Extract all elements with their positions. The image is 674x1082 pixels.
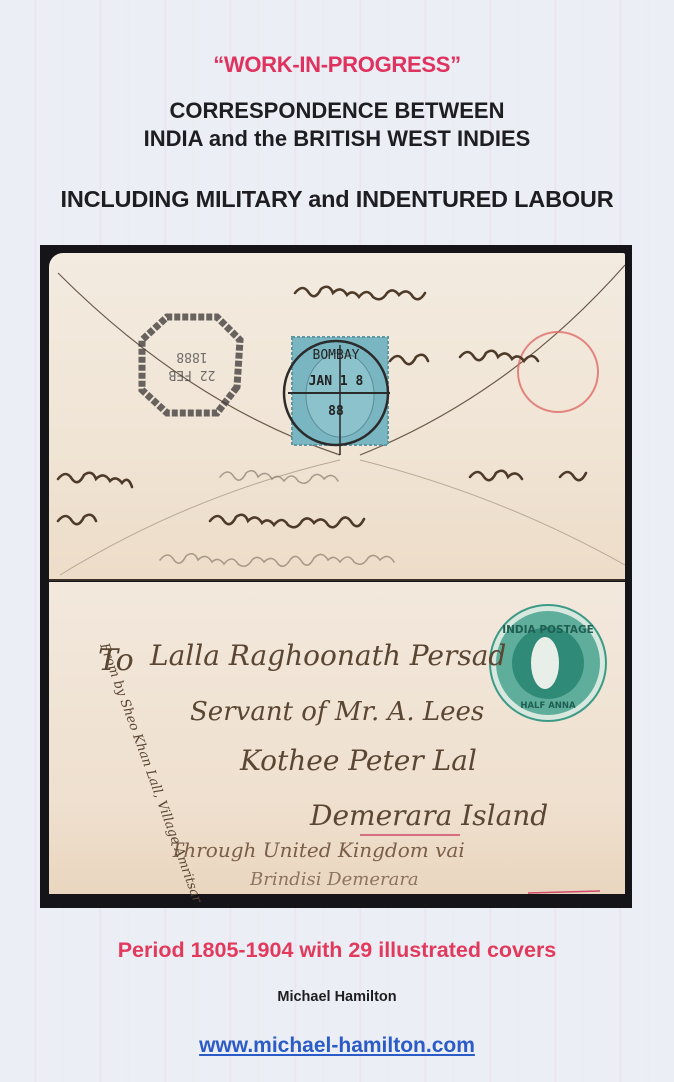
svg-text:Kothee Peter Lal: Kothee Peter Lal <box>239 744 477 777</box>
period-caption: Period 1805-1904 with 29 illustrated cov… <box>0 938 674 963</box>
svg-text:From by Sheo Khan Lall, Villag: From by Sheo Khan Lall, Village Amritsar <box>96 640 205 905</box>
svg-text:HALF ANNA: HALF ANNA <box>520 701 576 711</box>
svg-text:Brindisi Demerara: Brindisi Demerara <box>249 869 419 890</box>
svg-text:Demerara Island: Demerara Island <box>309 799 548 832</box>
title-line-2: INDIA and the BRITISH WEST INDIES <box>0 126 674 152</box>
svg-text:JAN 1 8: JAN 1 8 <box>309 374 364 389</box>
cover-illustration: 22 FEB 1888 BOMBAY JAN 1 8 88 <box>40 245 632 908</box>
author-name: Michael Hamilton <box>0 989 674 1005</box>
red-postmark <box>518 332 598 412</box>
svg-text:22 FEB: 22 FEB <box>168 367 215 382</box>
svg-text:INDIA POSTAGE: INDIA POSTAGE <box>502 624 594 636</box>
svg-text:1888: 1888 <box>176 349 207 364</box>
transit-postmark: 22 FEB 1888 <box>142 317 240 413</box>
bombay-stamp: BOMBAY JAN 1 8 88 <box>284 337 390 455</box>
svg-text:Lalla Raghoonath Persad: Lalla Raghoonath Persad <box>149 639 506 672</box>
half-anna-stamp: INDIA POSTAGE HALF ANNA <box>490 605 606 721</box>
svg-text:BOMBAY: BOMBAY <box>313 348 360 363</box>
subtitle: INCLUDING MILITARY and INDENTURED LABOUR <box>0 186 674 213</box>
title-line-1: CORRESPONDENCE BETWEEN <box>0 98 674 124</box>
work-in-progress-banner: “WORK-IN-PROGRESS” <box>0 52 674 78</box>
svg-text:88: 88 <box>328 404 344 419</box>
svg-text:Servant of Mr. A. Lees: Servant of Mr. A. Lees <box>190 697 484 727</box>
website-link[interactable]: www.michael-hamilton.com <box>0 1034 674 1058</box>
envelope-markings: 22 FEB 1888 BOMBAY JAN 1 8 88 <box>40 245 632 908</box>
svg-text:Through United Kingdom vai: Through United Kingdom vai <box>170 838 465 862</box>
